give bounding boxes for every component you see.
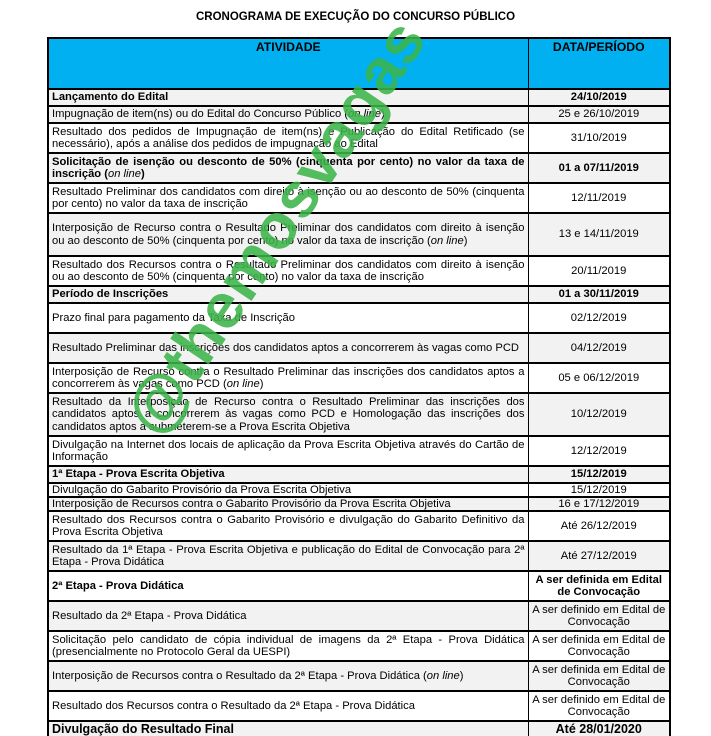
table-row: Interposição de Recursos contra o Gabari… <box>48 497 670 511</box>
date-cell: 15/12/2019 <box>528 483 670 497</box>
table-row: Resultado dos Recursos contra o Resultad… <box>48 691 670 721</box>
activity-cell: Interposição de Recursos contra o Result… <box>48 661 528 691</box>
table-row: Divulgação do Gabarito Provisório da Pro… <box>48 483 670 497</box>
activity-cell: Período de Inscrições <box>48 286 528 303</box>
date-cell: A ser definida em Edital de Convocação <box>528 631 670 661</box>
activity-cell: Divulgação do Gabarito Provisório da Pro… <box>48 483 528 497</box>
date-cell: A ser definido em Edital de Convocação <box>528 601 670 631</box>
table-row: Resultado da 2ª Etapa - Prova DidáticaA … <box>48 601 670 631</box>
date-cell: 16 e 17/12/2019 <box>528 497 670 511</box>
date-cell: 12/11/2019 <box>528 183 670 213</box>
activity-cell: Interposição de Recurso contra o Resulta… <box>48 213 528 256</box>
table-row: Resultado dos Recursos contra o Resultad… <box>48 256 670 286</box>
date-cell: Até 26/12/2019 <box>528 511 670 541</box>
table-row: Impugnação de item(ns) ou do Edital do C… <box>48 106 670 123</box>
table-row: 1ª Etapa - Prova Escrita Objetiva15/12/2… <box>48 466 670 483</box>
activity-cell: Divulgação do Resultado Final <box>48 721 528 736</box>
activity-cell: Resultado dos pedidos de Impugnação de i… <box>48 123 528 153</box>
date-cell: 24/10/2019 <box>528 89 670 106</box>
table-row: Resultado dos Recursos contra o Gabarito… <box>48 511 670 541</box>
date-cell: 13 e 14/11/2019 <box>528 213 670 256</box>
date-cell: 05 e 06/12/2019 <box>528 363 670 393</box>
table-row: Divulgação do Resultado FinalAté 28/01/2… <box>48 721 670 736</box>
date-cell: A ser definido em Edital de Convocação <box>528 691 670 721</box>
date-cell: 10/12/2019 <box>528 393 670 436</box>
date-cell: 02/12/2019 <box>528 303 670 333</box>
table-row: Solicitação de isenção ou desconto de 50… <box>48 153 670 183</box>
document-title: CRONOGRAMA DE EXECUÇÃO DO CONCURSO PÚBLI… <box>0 11 711 23</box>
table-row: Interposição de Recurso contra o Resulta… <box>48 363 670 393</box>
activity-cell: Impugnação de item(ns) ou do Edital do C… <box>48 106 528 123</box>
activity-cell: Lançamento do Edital <box>48 89 528 106</box>
column-header-activity: ATIVIDADE <box>48 38 528 89</box>
date-cell: 31/10/2019 <box>528 123 670 153</box>
activity-cell: Resultado Preliminar das inscrições dos … <box>48 333 528 363</box>
activity-cell: Resultado dos Recursos contra o Resultad… <box>48 691 528 721</box>
activity-cell: Resultado Preliminar dos candidatos com … <box>48 183 528 213</box>
table-row: Interposição de Recursos contra o Result… <box>48 661 670 691</box>
activity-cell: Interposição de Recursos contra o Gabari… <box>48 497 528 511</box>
table-row: Divulgação na Internet dos locais de apl… <box>48 436 670 466</box>
activity-cell: Resultado da Interposição de Recurso con… <box>48 393 528 436</box>
schedule-table: ATIVIDADE DATA/PERÍODO Lançamento do Edi… <box>47 37 671 736</box>
table-row: Resultado Preliminar das inscrições dos … <box>48 333 670 363</box>
activity-cell: Resultado da 1ª Etapa - Prova Escrita Ob… <box>48 541 528 571</box>
table-row: Lançamento do Edital24/10/2019 <box>48 89 670 106</box>
date-cell: 01 a 30/11/2019 <box>528 286 670 303</box>
date-cell: Até 27/12/2019 <box>528 541 670 571</box>
table-row: Resultado Preliminar dos candidatos com … <box>48 183 670 213</box>
activity-cell: Solicitação pelo candidato de cópia indi… <box>48 631 528 661</box>
table-row: Resultado da Interposição de Recurso con… <box>48 393 670 436</box>
table-row: Interposição de Recurso contra o Resulta… <box>48 213 670 256</box>
date-cell: A ser definida em Edital de Convocação <box>528 571 670 601</box>
date-cell: A ser definida em Edital de Convocação <box>528 661 670 691</box>
date-cell: 25 e 26/10/2019 <box>528 106 670 123</box>
column-header-date: DATA/PERÍODO <box>528 38 670 89</box>
activity-cell: Resultado da 2ª Etapa - Prova Didática <box>48 601 528 631</box>
date-cell: 01 a 07/11/2019 <box>528 153 670 183</box>
activity-cell: Solicitação de isenção ou desconto de 50… <box>48 153 528 183</box>
table-row: Resultado da 1ª Etapa - Prova Escrita Ob… <box>48 541 670 571</box>
date-cell: 15/12/2019 <box>528 466 670 483</box>
table-row: Período de Inscrições01 a 30/11/2019 <box>48 286 670 303</box>
table-row: Prazo final para pagamento da Taxa de In… <box>48 303 670 333</box>
activity-cell: 1ª Etapa - Prova Escrita Objetiva <box>48 466 528 483</box>
date-cell: 04/12/2019 <box>528 333 670 363</box>
activity-cell: Resultado dos Recursos contra o Gabarito… <box>48 511 528 541</box>
date-cell: 20/11/2019 <box>528 256 670 286</box>
activity-cell: 2ª Etapa - Prova Didática <box>48 571 528 601</box>
table-row: 2ª Etapa - Prova DidáticaA ser definida … <box>48 571 670 601</box>
activity-cell: Resultado dos Recursos contra o Resultad… <box>48 256 528 286</box>
table-header-row: ATIVIDADE DATA/PERÍODO <box>48 38 670 89</box>
activity-cell: Interposição de Recurso contra o Resulta… <box>48 363 528 393</box>
activity-cell: Prazo final para pagamento da Taxa de In… <box>48 303 528 333</box>
table-row: Solicitação pelo candidato de cópia indi… <box>48 631 670 661</box>
date-cell: 12/12/2019 <box>528 436 670 466</box>
activity-cell: Divulgação na Internet dos locais de apl… <box>48 436 528 466</box>
date-cell: Até 28/01/2020 <box>528 721 670 736</box>
table-row: Resultado dos pedidos de Impugnação de i… <box>48 123 670 153</box>
